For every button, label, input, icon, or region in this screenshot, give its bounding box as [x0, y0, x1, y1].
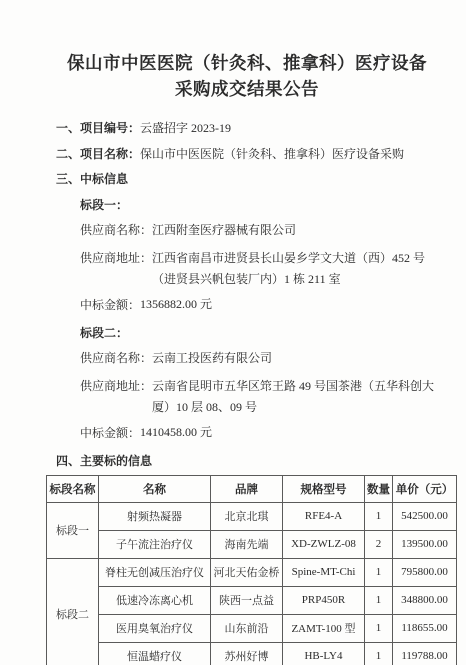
project-number-label: 一、项目编号：: [56, 121, 140, 135]
table-cell: 795800.00: [393, 558, 457, 586]
table-section-cell: 标段一: [47, 502, 99, 558]
lot1-amount-value: 1356882.00 元: [140, 294, 448, 315]
table-section-cell: 标段二: [47, 558, 99, 665]
table-row: 标段一射频热凝器北京北琪RFE4-A1542500.00: [47, 502, 457, 530]
scanned-announcement-page: 保山市中医医院（针灸科、推拿科）医疗设备采购成交结果公告 一、项目编号：云盛招字…: [0, 0, 466, 665]
table-cell: 1: [365, 614, 393, 642]
lot1-supplier-name-line: 供应商名称： 江西附奎医疗器械有限公司: [80, 222, 448, 241]
lot1-supplier-name-value: 江西附奎医疗器械有限公司: [152, 220, 448, 241]
project-name-label: 二、项目名称：: [56, 147, 140, 161]
table-cell: 1: [365, 502, 393, 530]
project-number-value: 云盛招字 2023-19: [140, 121, 231, 135]
table-header-cell: 数量: [365, 475, 393, 502]
table-cell: 陕西一点益: [211, 586, 283, 614]
table-cell: 1: [365, 586, 393, 614]
table-cell: 海南先端: [211, 530, 283, 558]
results-table: 标段名称名称品牌规格型号数量单价（元） 标段一射频热凝器北京北琪RFE4-A15…: [46, 475, 457, 665]
lot2-heading: 标段二：: [80, 325, 448, 341]
lot2-supplier-address-line: 供应商地址： 云南省昆明市五华区筇王路 49 号国茶港（五华科创大厦）10 层 …: [80, 378, 448, 418]
table-cell: 348800.00: [393, 586, 457, 614]
table-cell: 子午流注治疗仪: [99, 530, 211, 558]
table-cell: RFE4-A: [283, 502, 365, 530]
lot2-supplier-address-value: 云南省昆明市五华区筇王路 49 号国茶港（五华科创大厦）10 层 08、09 号: [152, 376, 448, 418]
table-cell: Spine-MT-Chi: [283, 558, 365, 586]
lot1-supplier-address-line: 供应商地址： 江西省南昌市进贤县长山晏乡学文大道（西）452 号（进贤县兴帆包装…: [80, 250, 448, 290]
table-row: 低速冷冻离心机陕西一点益PRP450R1348800.00: [47, 586, 457, 614]
lot1-amount-label: 中标金额：: [80, 297, 140, 313]
table-cell: 脊柱无创减压治疗仪: [99, 558, 211, 586]
lot2-supplier-address-label: 供应商地址：: [80, 378, 152, 394]
lot2-supplier-name-label: 供应商名称：: [80, 350, 152, 366]
lot1-supplier-address-label: 供应商地址：: [80, 250, 152, 266]
lot2-amount-value: 1410458.00 元: [140, 422, 448, 443]
lot1-supplier-address-value: 江西省南昌市进贤县长山晏乡学文大道（西）452 号（进贤县兴帆包装厂内）1 栋 …: [152, 248, 448, 290]
table-header-cell: 标段名称: [47, 475, 99, 502]
document-body: 保山市中医医院（针灸科、推拿科）医疗设备采购成交结果公告 一、项目编号：云盛招字…: [0, 0, 466, 665]
table-header-cell: 规格型号: [283, 475, 365, 502]
table-caption: 四、主要标的信息: [56, 453, 448, 469]
table-cell: 恒温蜡疗仪: [99, 642, 211, 665]
project-number-line: 一、项目编号：云盛招字 2023-19: [56, 120, 448, 136]
table-row: 子午流注治疗仪海南先端XD-ZWLZ-082139500.00: [47, 530, 457, 558]
table-cell: 河北天佑金桥: [211, 558, 283, 586]
lot2-supplier-name-line: 供应商名称： 云南工投医药有限公司: [80, 350, 448, 369]
table-row: 医用臭氧治疗仪山东前沿ZAMT-100 型1118655.00: [47, 614, 457, 642]
lot2-amount-line: 中标金额： 1410458.00 元: [80, 425, 448, 444]
table-cell: 542500.00: [393, 502, 457, 530]
award-info-label: 三、中标信息: [56, 172, 128, 186]
table-header-cell: 名称: [99, 475, 211, 502]
table-cell: XD-ZWLZ-08: [283, 530, 365, 558]
table-cell: 119788.00: [393, 642, 457, 665]
project-name-value: 保山市中医医院（针灸科、推拿科）医疗设备采购: [140, 147, 404, 161]
lot1-amount-line: 中标金额： 1356882.00 元: [80, 297, 448, 316]
table-cell: ZAMT-100 型: [283, 614, 365, 642]
table-cell: 1: [365, 642, 393, 665]
lot1-heading: 标段一：: [80, 197, 448, 213]
table-cell: 医用臭氧治疗仪: [99, 614, 211, 642]
project-name-line: 二、项目名称：保山市中医医院（针灸科、推拿科）医疗设备采购: [56, 146, 448, 162]
award-info-heading: 三、中标信息: [56, 171, 448, 187]
table-cell: 低速冷冻离心机: [99, 586, 211, 614]
document-title: 保山市中医医院（针灸科、推拿科）医疗设备采购成交结果公告: [61, 50, 433, 102]
table-cell: PRP450R: [283, 586, 365, 614]
table-cell: 北京北琪: [211, 502, 283, 530]
table-cell: 苏州好博: [211, 642, 283, 665]
table-cell: 2: [365, 530, 393, 558]
results-table-body: 标段一射频热凝器北京北琪RFE4-A1542500.00子午流注治疗仪海南先端X…: [47, 502, 457, 665]
table-cell: 139500.00: [393, 530, 457, 558]
table-row: 恒温蜡疗仪苏州好博HB-LY41119788.00: [47, 642, 457, 665]
table-cell: 射频热凝器: [99, 502, 211, 530]
table-header-cell: 品牌: [211, 475, 283, 502]
table-cell: HB-LY4: [283, 642, 365, 665]
table-cell: 118655.00: [393, 614, 457, 642]
lot2-amount-label: 中标金额：: [80, 425, 140, 441]
results-table-header: 标段名称名称品牌规格型号数量单价（元）: [47, 475, 457, 502]
table-row: 标段二脊柱无创减压治疗仪河北天佑金桥Spine-MT-Chi1795800.00: [47, 558, 457, 586]
table-cell: 山东前沿: [211, 614, 283, 642]
lot2-supplier-name-value: 云南工投医药有限公司: [152, 348, 448, 369]
table-cell: 1: [365, 558, 393, 586]
lot1-supplier-name-label: 供应商名称：: [80, 222, 152, 238]
table-header-cell: 单价（元）: [393, 475, 457, 502]
